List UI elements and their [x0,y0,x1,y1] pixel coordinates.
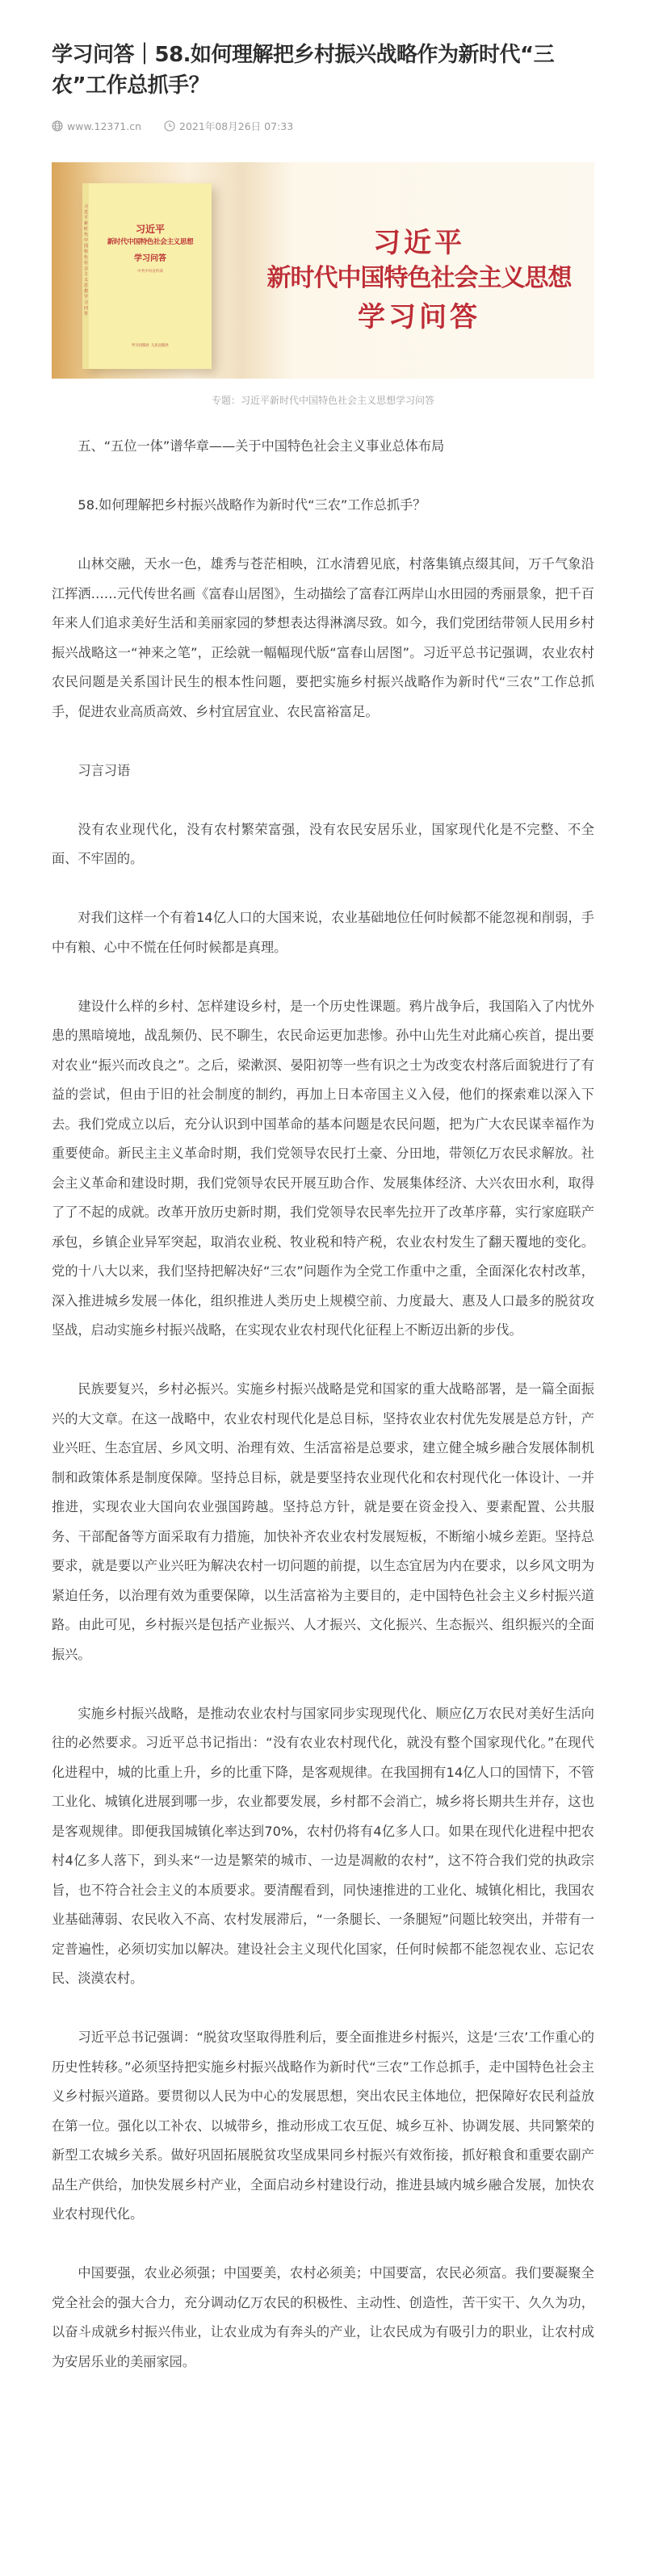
paragraph: 民族要复兴，乡村必振兴。实施乡村振兴战略是党和国家的重大战略部署，是一篇全面振兴… [52,1375,594,1669]
publish-datetime: 2021年08月26日 07:33 [179,119,293,133]
book-author: 习近平 [89,222,212,236]
publish-time: 2021年08月26日 07:33 [164,119,293,133]
question-heading: 58.如何理解把乡村振兴战略作为新时代“三农”工作总抓手？ [52,491,594,521]
subheading-xi-quotes: 习言习语 [52,756,594,786]
hero-headline-subtitle: 学习问答 [254,295,585,334]
paragraph: 实施乡村振兴战略，是推动农业农村与国家同步实现现代化、顺应亿万农民对美好生活向往… [52,1699,594,1994]
book-subtitle: 学习问答 [89,251,212,263]
paragraph: 山林交融，天水一色，雄秀与苍茫相映，江水清碧见底，村落集镇点缀其间，万千气象沿江… [52,550,594,727]
book-cover: 习近平新时代中国特色社会主义思想学习问答 习近平 新时代中国特色社会主义思想 学… [82,183,212,369]
hero-headline-title: 新时代中国特色社会主义思想 [254,258,585,293]
image-caption: 专题：习近平新时代中国特色社会主义思想学习问答 [52,393,594,408]
paragraph: 中国要强，农业必须强；中国要美，农村必须美；中国要富，农民必须富。我们要凝聚全党… [52,2259,594,2377]
paragraph: 对我们这样一个有着14亿人口的大国来说，农业基础地位任何时候都不能忽视和削弱，手… [52,903,594,962]
hero-image: 习近平新时代中国特色社会主义思想学习问答 习近平 新时代中国特色社会主义思想 学… [52,162,594,379]
paragraph: 建设什么样的乡村、怎样建设乡村，是一个历史性课题。鸦片战争后，我国陷入了内忧外患… [52,992,594,1346]
article-body: 五、“五位一体”谱华章——关于中国特色社会主义事业总体布局 58.如何理解把乡村… [52,432,594,2377]
article-meta: www.12371.cn 2021年08月26日 07:33 [52,119,594,133]
article: 学习问答｜58.如何理解把乡村振兴战略作为新时代“三农”工作总抓手？ www.1… [52,0,594,2377]
book-editor: 中共中央宣传部 [89,269,212,274]
section-heading: 五、“五位一体”谱华章——关于中国特色社会主义事业总体布局 [52,432,594,462]
article-title: 学习问答｜58.如何理解把乡村振兴战略作为新时代“三农”工作总抓手？ [52,40,594,101]
book-publishers: 学习出版社 人民出版社 [89,343,212,349]
globe-icon [52,120,63,132]
book-title: 新时代中国特色社会主义思想 [89,237,212,246]
source-info: www.12371.cn [52,120,141,132]
hero-headline-author: 习近平 [254,220,585,260]
source-link[interactable]: www.12371.cn [67,120,141,132]
paragraph: 没有农业现代化，没有农村繁荣富强，没有农民安居乐业，国家现代化是不完整、不全面、… [52,815,594,874]
clock-icon [164,120,175,132]
paragraph: 习近平总书记强调：“脱贫攻坚取得胜利后，要全面推进乡村振兴，这是‘三农’工作重心… [52,2023,594,2230]
